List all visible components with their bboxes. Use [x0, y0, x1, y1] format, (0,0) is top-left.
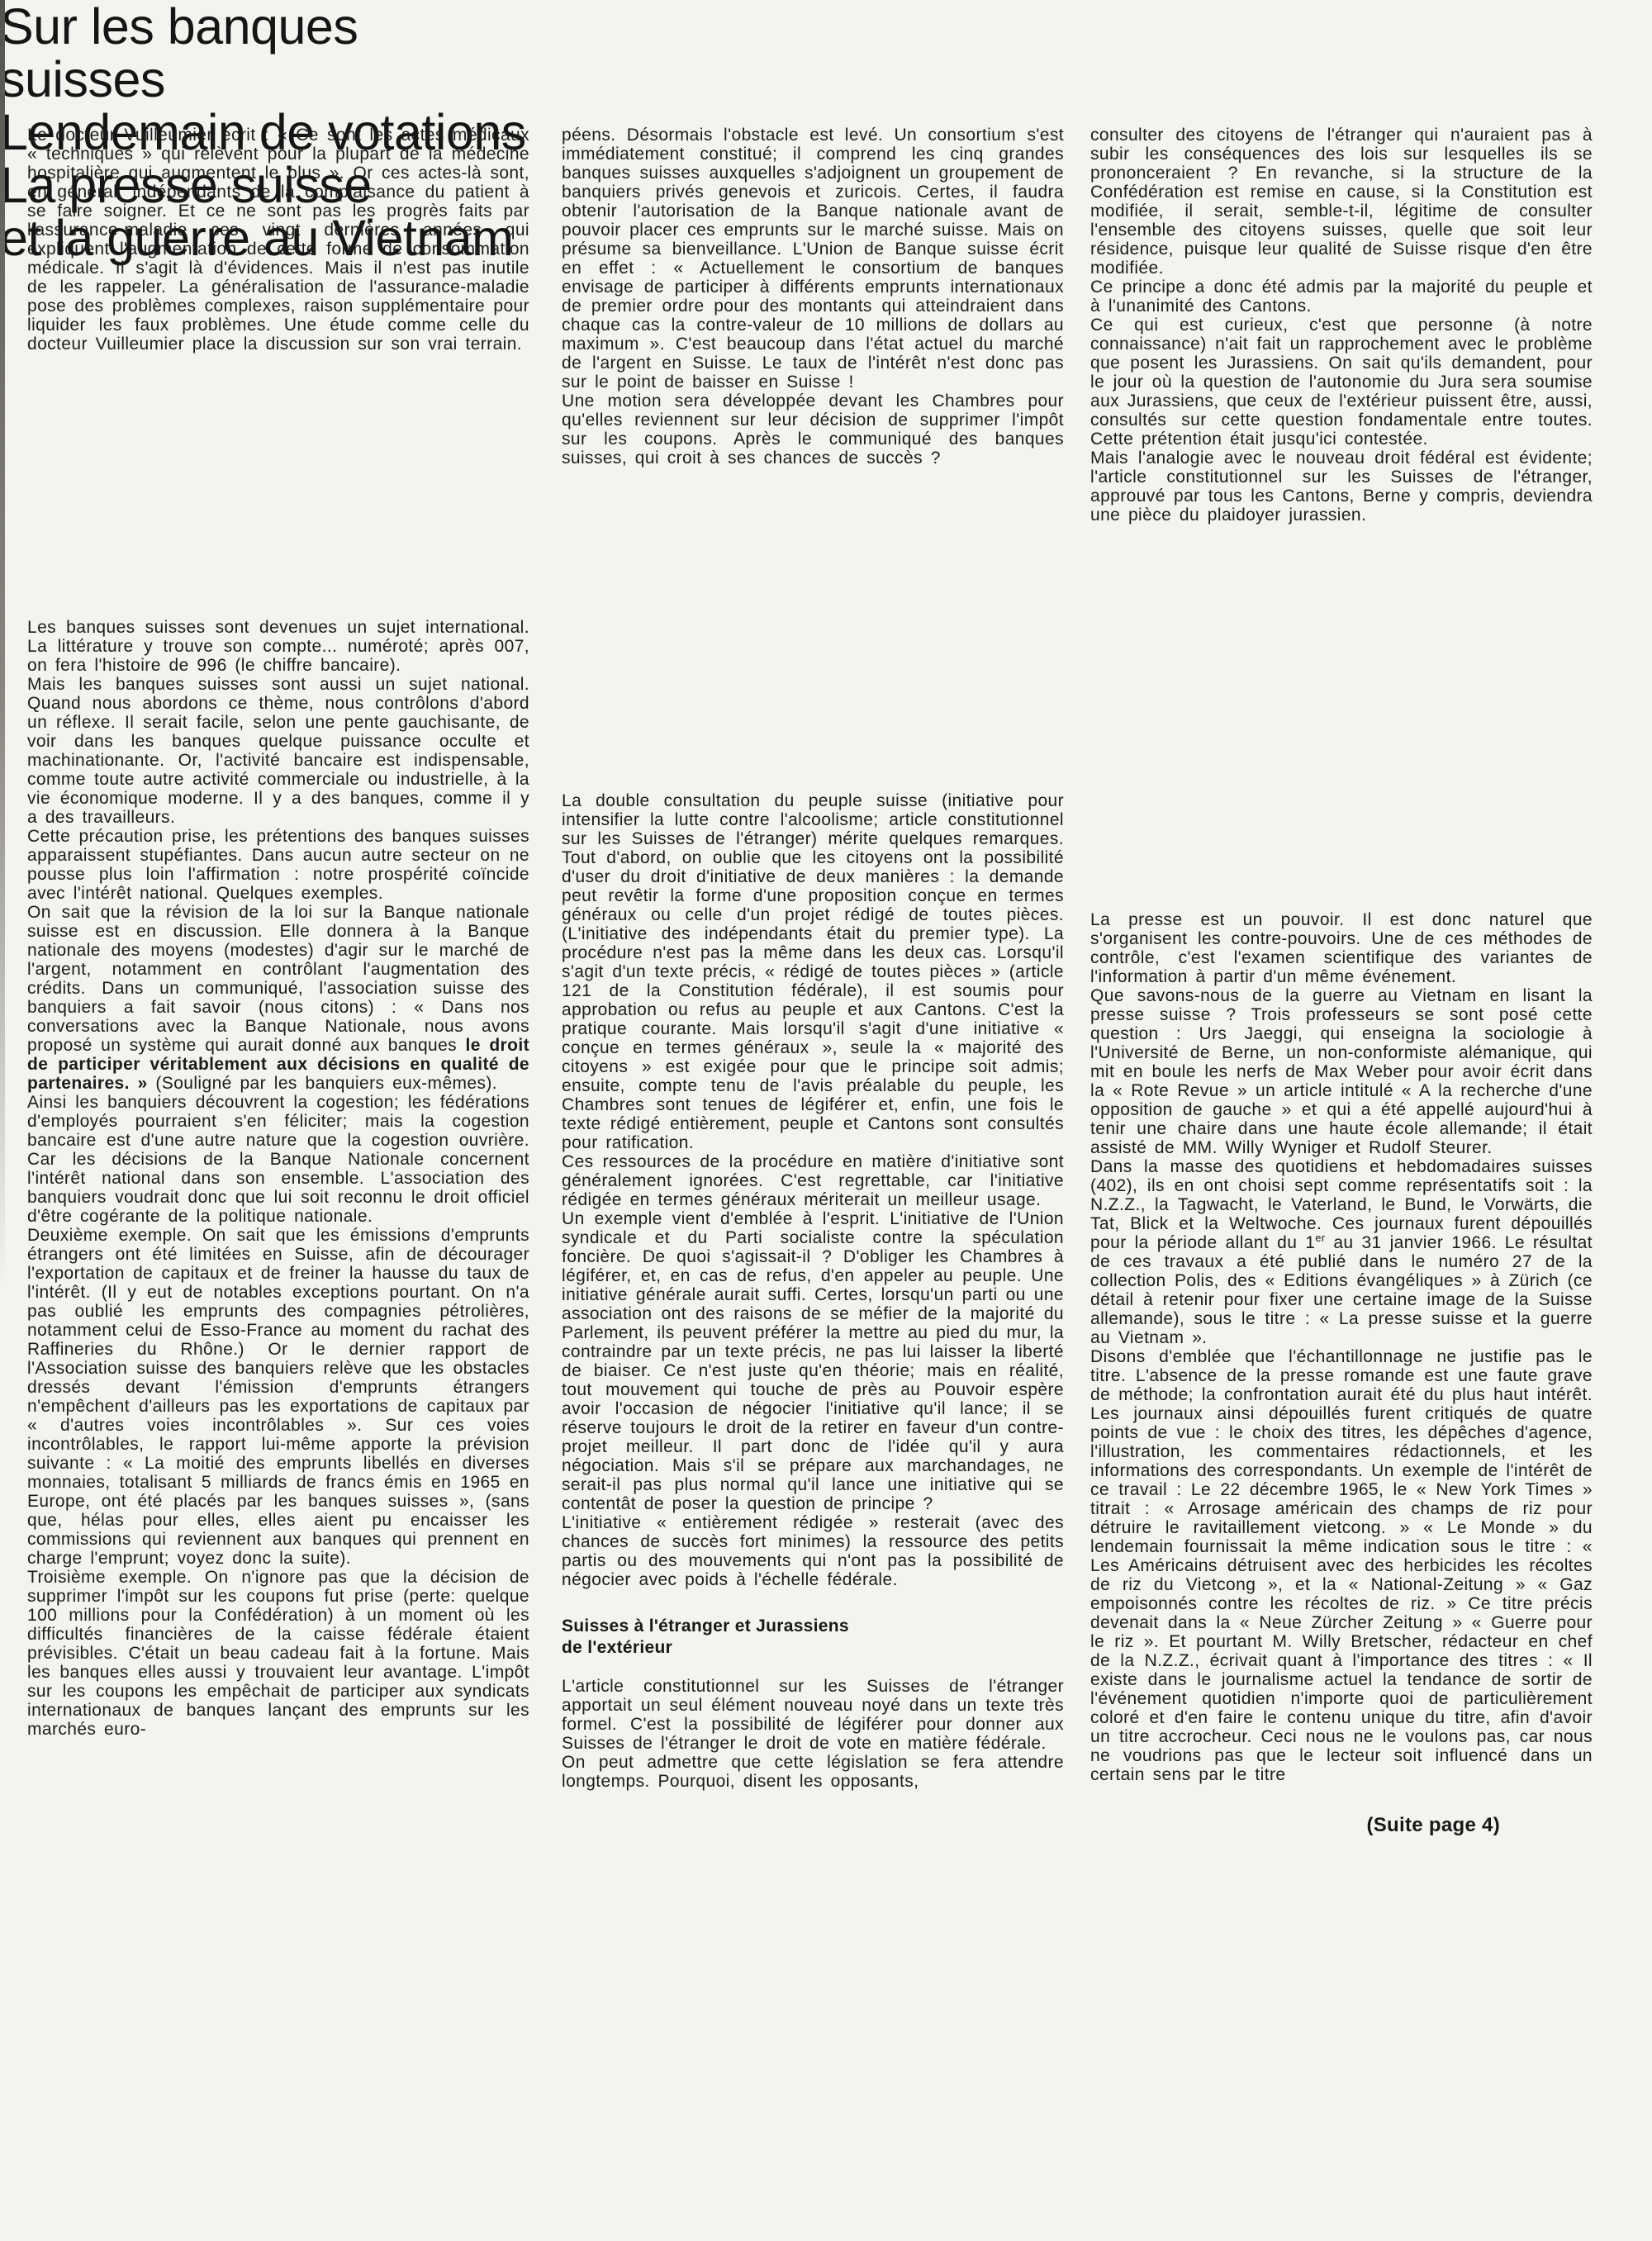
article-paragraph: Une motion sera développée devant les Ch… [562, 392, 1064, 468]
article-paragraph: Ce principe a donc été admis par la majo… [1090, 278, 1593, 316]
column-left-body: Les banques suisses sont devenues un suj… [27, 618, 529, 1739]
article-paragraph: Les banques suisses sont devenues un suj… [27, 618, 529, 675]
article-paragraph: L'initiative « entièrement rédigée » res… [562, 1513, 1064, 1589]
article-paragraph: Deuxième exemple. On sait que les émissi… [27, 1226, 529, 1568]
scan-edge-artifact [0, 0, 5, 1289]
article-paragraph: L'article constitutionnel sur les Suisse… [562, 1677, 1064, 1753]
article-paragraph: Mais les banques suisses sont aussi un s… [27, 675, 529, 827]
article-presse-body: La presse est un pouvoir. Il est donc na… [1090, 910, 1593, 1784]
column-right-top: consulter des citoyens de l'étranger qui… [1090, 126, 1593, 525]
article-paragraph: Ce qui est curieux, c'est que personne (… [1090, 316, 1593, 449]
superscript-run: er [1315, 1232, 1325, 1244]
article-paragraph: péens. Désormais l'obstacle est levé. Un… [562, 126, 1064, 392]
column-right-body: La presse est un pouvoir. Il est donc na… [1090, 910, 1593, 1837]
text-run: On sait que la révision de la loi sur la… [27, 903, 529, 1055]
article-paragraph: Ainsi les banquiers découvrent la cogest… [27, 1093, 529, 1226]
article-paragraph: Troisième exemple. On n'ignore pas que l… [27, 1568, 529, 1739]
headline-sur-les-banques-suisses: Sur les banques suisses [0, 0, 529, 106]
article-paragraph: Cette précaution prise, les prétentions … [27, 827, 529, 903]
subhead-suisses-a-letranger-et-jurassiens: Suisses à l'étranger et Jurassiens de l'… [562, 1616, 1064, 1659]
article-paragraph: Mais l'analogie avec le nouveau droit fé… [1090, 449, 1593, 525]
newspaper-page: Le docteur Vuilleumier écrit : « Ce sont… [0, 0, 1652, 2241]
column-middle-top: péens. Désormais l'obstacle est levé. Un… [562, 126, 1064, 468]
article-paragraph: Que savons-nous de la guerre au Vietnam … [1090, 986, 1593, 1157]
article-paragraph: La double consultation du peuple suisse … [562, 791, 1064, 1152]
article-paragraph: Ces ressources de la procédure en matièr… [562, 1152, 1064, 1209]
text-run: (Souligné par les banquiers eux-mêmes). [148, 1074, 497, 1093]
article-paragraph: Le docteur Vuilleumier écrit : « Ce sont… [27, 126, 529, 354]
column-middle-body: La double consultation du peuple suisse … [562, 791, 1064, 1791]
article-paragraph: Dans la masse des quotidiens et hebdomad… [1090, 1157, 1593, 1347]
article-paragraph: consulter des citoyens de l'étranger qui… [1090, 126, 1593, 278]
article-paragraph: Un exemple vient d'emblée à l'esprit. L'… [562, 1209, 1064, 1513]
article-paragraph: On sait que la révision de la loi sur la… [27, 903, 529, 1093]
column-left-intro: Le docteur Vuilleumier écrit : « Ce sont… [27, 126, 529, 354]
article-lendemain-body2: L'article constitutionnel sur les Suisse… [562, 1677, 1064, 1791]
article-paragraph: La presse est un pouvoir. Il est donc na… [1090, 910, 1593, 986]
article-paragraph: On peut admettre que cette législation s… [562, 1753, 1064, 1791]
article-lendemain-body: La double consultation du peuple suisse … [562, 791, 1064, 1589]
continuation-note: (Suite page 4) [1090, 1814, 1593, 1837]
article-paragraph: Disons d'emblée que l'échantillonnage ne… [1090, 1347, 1593, 1784]
